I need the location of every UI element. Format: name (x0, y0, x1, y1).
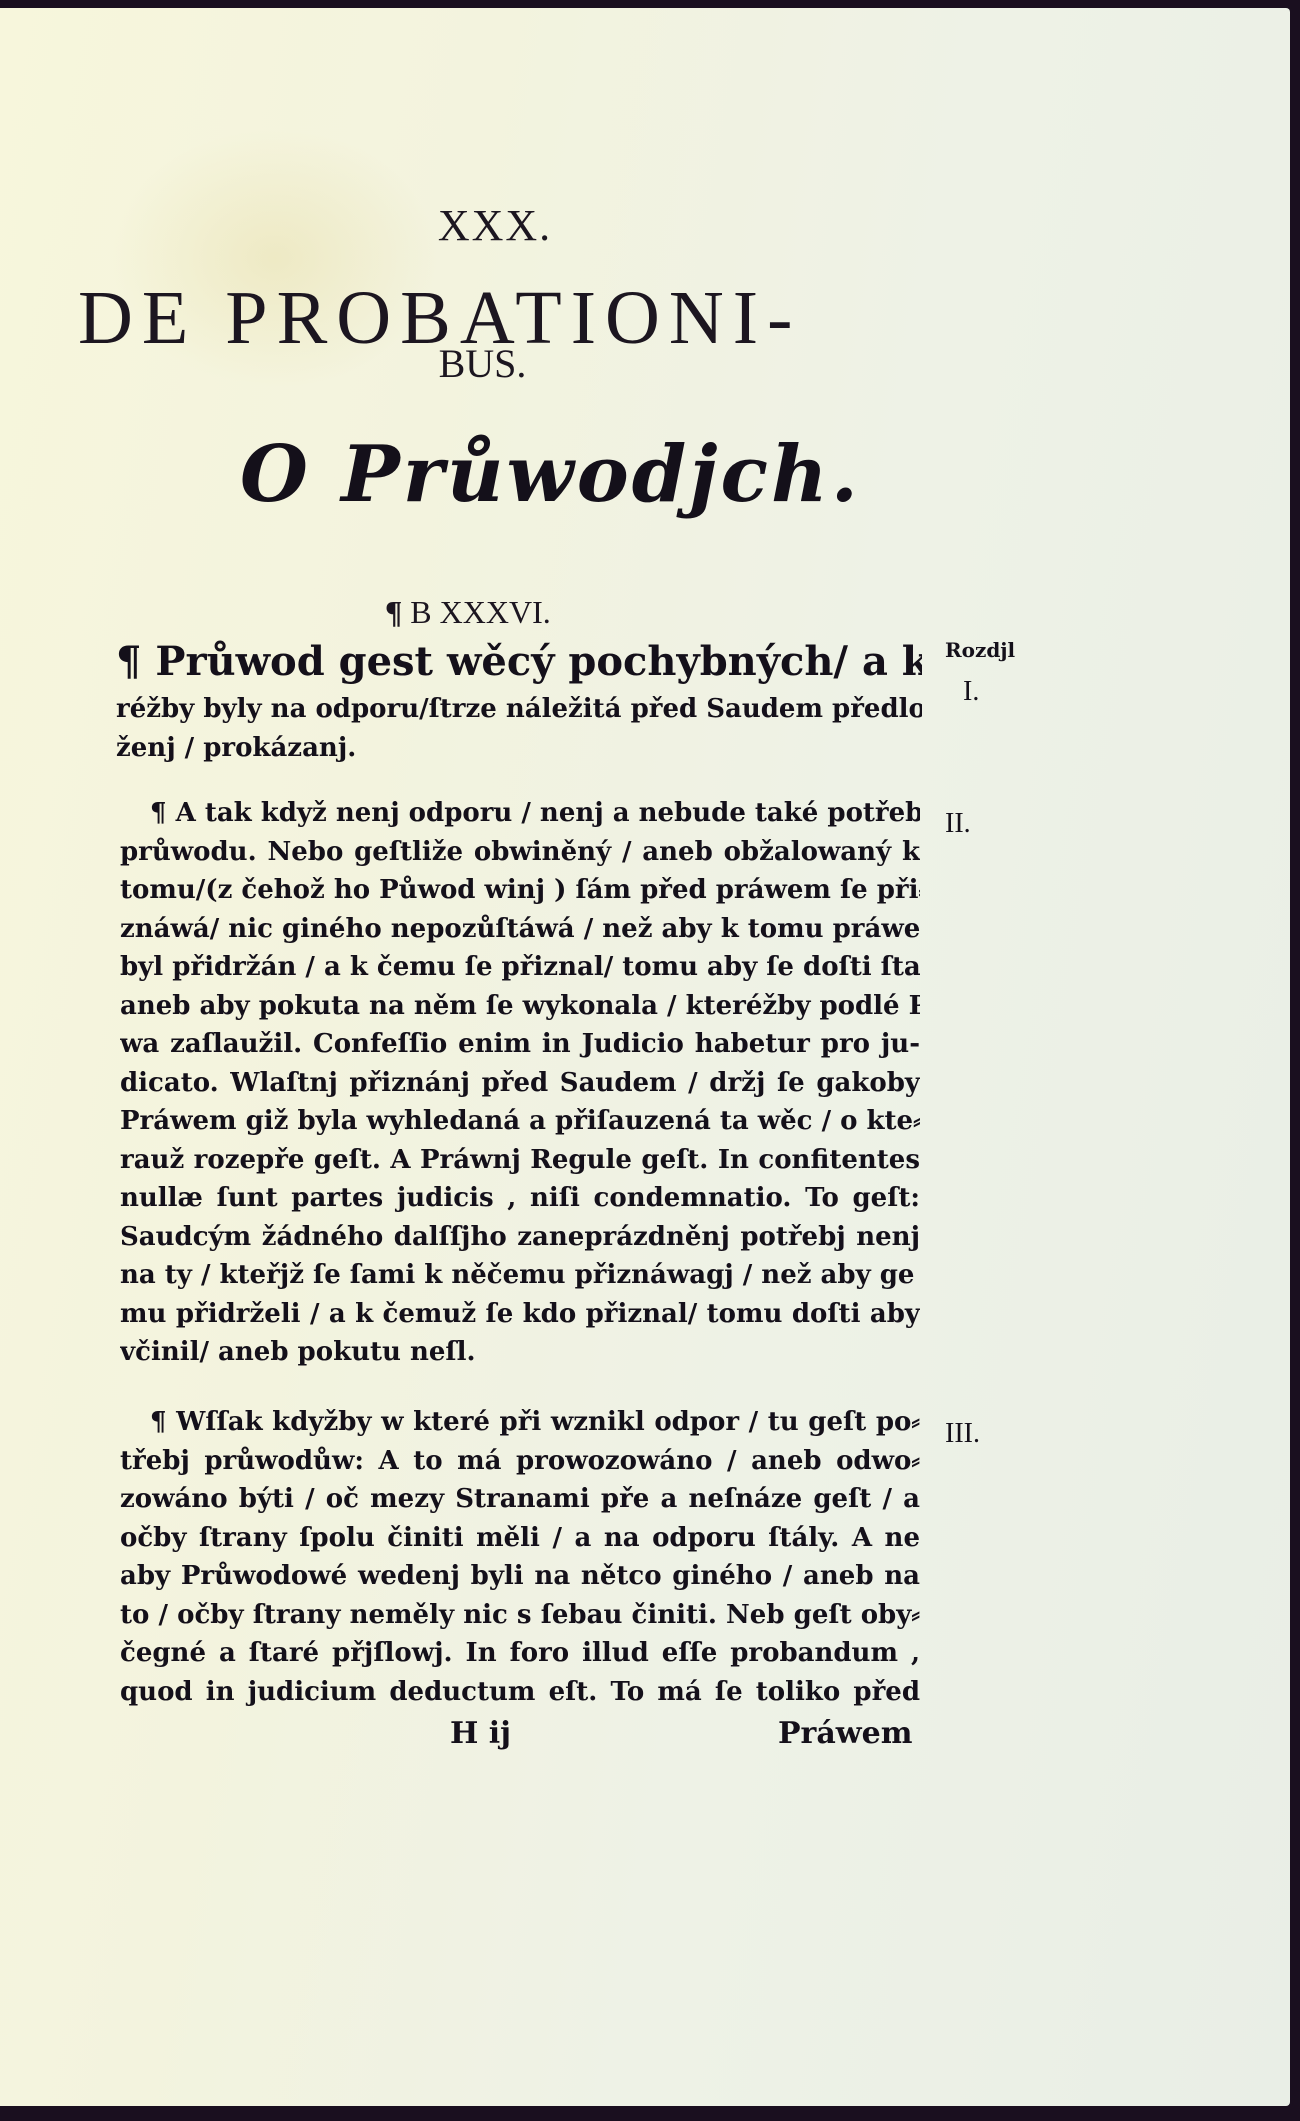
paragraph-line: aneb aby pokuta na něm ſe wykonala / kte… (120, 987, 920, 1026)
paragraph-line: třebj průwodůw: A to má prowozowáno / an… (120, 1442, 920, 1481)
paragraph-I: ¶ Průwod gest wěcý pochybných/ a kte= ré… (116, 634, 922, 767)
section-reference-label: B XXXVI. (410, 594, 550, 630)
paragraph-line: rauž rozepře geſt. A Práwnj Regule geſt.… (120, 1141, 920, 1180)
paragraph-line: ženj / prokázanj. (116, 729, 922, 768)
paragraph-line: Práwem giž byla wyhledaná a přiſauzená t… (120, 1102, 920, 1141)
paragraph-line: ¶ Průwod gest wěcý pochybných/ a kte= (116, 634, 922, 690)
title-latin-line2: BUS. (0, 344, 965, 384)
paragraph-line: dicato. Wlaſtnj přiznánj před Saudem / d… (120, 1064, 920, 1103)
paragraph-line: réžby byly na odporu/ſtrze náležitá před… (116, 690, 922, 729)
pilcrow-icon: ¶ (385, 594, 402, 630)
paragraph-III: ¶ Wſſak kdyžby w které při wznikl odpor … (120, 1403, 920, 1711)
margin-note-section-II: II. (945, 808, 971, 840)
margin-note-section-III: III. (945, 1418, 980, 1450)
paragraph-line: aby Průwodowé wedenj byli na nětco ginéh… (120, 1557, 920, 1596)
paragraph-II: ¶ A tak když nenj odporu / nenj a nebude… (120, 794, 920, 1372)
paragraph-line: znáwá/ nic giného nepozůſtáwá / než aby … (120, 910, 920, 949)
section-reference: ¶ B XXXVI. (385, 596, 551, 628)
margin-note-section-I: I. (963, 676, 979, 708)
paragraph-line: tomu/(z čehož ho Půwod winj ) ſám před p… (120, 871, 920, 910)
signature-mark: H ij (450, 1716, 511, 1751)
margin-note-rozdjl: Rozdjl (945, 638, 1015, 662)
paragraph-line: mu přidrželi / a k čemuž ſe kdo přiznal/… (120, 1295, 920, 1334)
paragraph-line: včinil/ aneb pokutu neſl. (120, 1333, 920, 1372)
paragraph-line: ¶ Wſſak kdyžby w které při wznikl odpor … (120, 1403, 920, 1442)
paragraph-line: wa zaſlaužil. Confeſſio enim in Judicio … (120, 1025, 920, 1064)
paragraph-line: průwodu. Nebo geſtliže obwiněný / aneb o… (120, 833, 920, 872)
paragraph-line: očby ſtrany ſpolu činiti měli / a na odp… (120, 1519, 920, 1558)
book-page: XXX. DE PROBATIONI- BUS. O Průwodjch. ¶ … (0, 8, 1290, 2106)
chapter-number: XXX. (0, 200, 990, 251)
paragraph-line: na ty / kteřjž ſe ſami k něčemu přiznáwa… (120, 1256, 920, 1295)
title-czech: O Průwodjch. (240, 436, 861, 514)
paragraph-line: byl přidržán / a k čemu ſe přiznal/ tomu… (120, 948, 920, 987)
paragraph-line: quod in judicium deductum eſt. To má ſe … (120, 1673, 920, 1712)
paragraph-line: čegné a ſtaré přjſlowj. In foro illud eſ… (120, 1634, 920, 1673)
paragraph-line: to / očby ſtrany neměly nic s ſebau čini… (120, 1596, 920, 1635)
catchword: Práwem (778, 1716, 912, 1751)
paragraph-line: zowáno býti / oč mezy Stranami pře a neſ… (120, 1480, 920, 1519)
paragraph-line: ¶ A tak když nenj odporu / nenj a nebude… (120, 794, 920, 833)
paragraph-line: nullæ ſunt partes judicis , niſi condemn… (120, 1179, 920, 1218)
paragraph-line: Saudcým žádného dalſſjho zaneprázdněnj p… (120, 1218, 920, 1257)
